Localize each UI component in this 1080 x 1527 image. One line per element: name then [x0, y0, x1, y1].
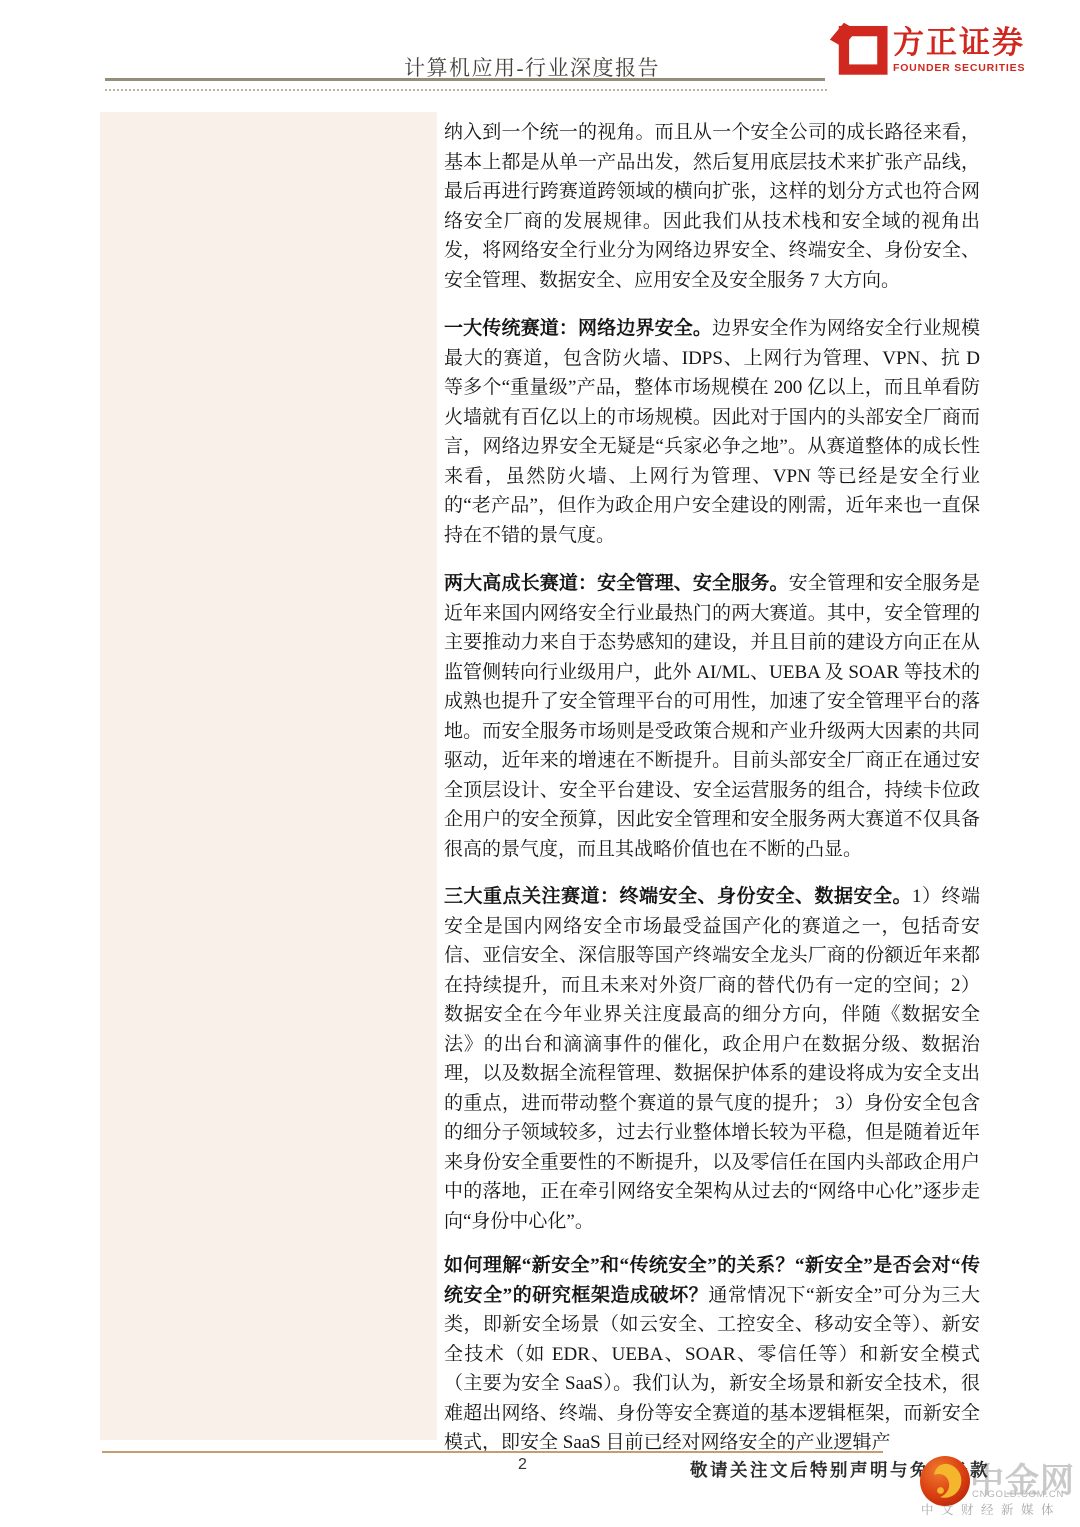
- side-note-panel: [100, 112, 437, 1440]
- paragraph-text: 1）终端安全是国内网络安全市场最受益国产化的赛道之一，包括奇安信、亚信安全、深信…: [444, 886, 980, 1232]
- paragraph-focus-tracks: 三大重点关注赛道：终端安全、身份安全、数据安全。1）终端安全是国内网络安全市场最…: [444, 882, 980, 1236]
- paragraph-intro: 纳入到一个统一的视角。而且从一个安全公司的成长路径来看，基本上都是从单一产品出发…: [444, 118, 980, 295]
- paragraph-growth-tracks: 两大高成长赛道：安全管理、安全服务。安全管理和安全服务是近年来国内网络安全行业最…: [444, 569, 980, 864]
- founder-cube-icon: [828, 18, 888, 78]
- gold-swirl-badge-icon: [920, 1456, 970, 1506]
- publisher-logo: 方正证券 FOUNDER SECURITIES: [828, 18, 1025, 78]
- page-number: 2: [518, 1456, 527, 1474]
- paragraph-text: 通常情况下“新安全”可分为三大类，即新安全场景（如云安全、工控安全、移动安全等）…: [444, 1285, 980, 1454]
- paragraph-lead: 三大重点关注赛道：终端安全、身份安全、数据安全。: [444, 886, 912, 907]
- paragraph-lead: 一大传统赛道：网络边界安全。: [444, 318, 712, 339]
- footer-rule: [102, 1451, 883, 1453]
- publisher-name: 方正证券: [893, 27, 1025, 58]
- header-dotted-rule: [105, 89, 827, 91]
- publisher-subtitle: FOUNDER SECURITIES: [893, 62, 1025, 74]
- publisher-logo-text: 方正证券 FOUNDER SECURITIES: [893, 18, 1025, 74]
- paragraph-new-security: 如何理解“新安全”和“传统安全”的关系？“新安全”是否会对“传统安全”的研究框架…: [444, 1251, 980, 1458]
- watermark-domain: CNGOLD.COM.CN: [972, 1489, 1064, 1500]
- paragraph-traditional-track: 一大传统赛道：网络边界安全。边界安全作为网络安全行业规模最大的赛道，包含防火墙、…: [444, 314, 980, 550]
- paragraph-text: 边界安全作为网络安全行业规模最大的赛道，包含防火墙、IDPS、上网行为管理、VP…: [444, 318, 980, 546]
- paragraph-text: 纳入到一个统一的视角。而且从一个安全公司的成长路径来看，基本上都是从单一产品出发…: [444, 122, 980, 291]
- paragraph-lead: 两大高成长赛道：安全管理、安全服务。: [444, 573, 789, 594]
- report-page: 计算机应用-行业深度报告 方正证券 FOUNDER SECURITIES 纳入到…: [0, 0, 1080, 1527]
- header-rule: [105, 78, 825, 81]
- paragraph-text: 安全管理和安全服务是近年来国内网络安全行业最热门的两大赛道。其中，安全管理的主要…: [444, 573, 980, 860]
